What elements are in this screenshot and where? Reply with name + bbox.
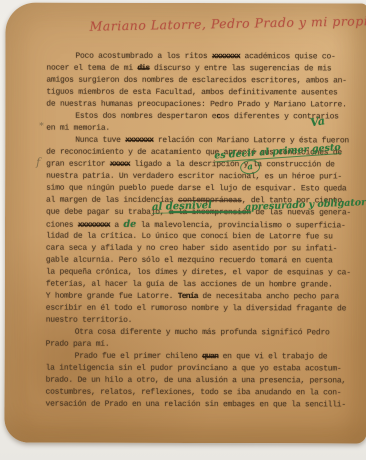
typescript-line: simo que ningún pueblo puede darse el lu… [46, 183, 354, 196]
margin-pencil-mark: f [36, 156, 40, 169]
typescript-line: Otra cosa diferente y mucho más profunda… [46, 327, 354, 340]
typescript-line: nocer el tema de mi dis discurso y entre… [46, 63, 354, 76]
typescript-line: ciones xxxxxxxx a de la malevolencia, pr… [46, 219, 354, 232]
typescript-line: la inteligencia sin el pudor provinciano… [46, 363, 354, 376]
typescript-line: Prado fue el primer chileno quan en que … [46, 351, 354, 364]
typescript-line: amigos surgieron dos nombres de esclarec… [46, 75, 354, 88]
green-annotation-al-desnivel: al desnivel [152, 200, 212, 214]
typescript-line: en mi memoria. [46, 123, 354, 136]
margin-pencil-mark: * [39, 122, 44, 132]
typescript-line: Prado para mí. [46, 339, 354, 352]
typescript-line: Estos dos nombres despertaron ecos difer… [46, 111, 354, 124]
typescript-line: feterías, al hacer la guía de las accion… [46, 279, 354, 292]
typescript-line: versación de Prado en una relación sin e… [46, 399, 354, 412]
typescript-line: cara seca y afilada y no creo haber sido… [46, 243, 354, 256]
typescript-line: Y hombre grande fue Latorre. Tenía de ne… [46, 291, 354, 304]
typescript-line: Poco acostumbrado a los ritos xxxxxxx ac… [46, 51, 354, 64]
typescript-line: de nuestras humanas preocupaciones: Pedr… [46, 99, 354, 112]
manuscript-page: Mariano Latorre, Pedro Prado y mi propia… [4, 3, 366, 444]
handwritten-title: Mariano Latorre, Pedro Prado y mi propia… [89, 13, 357, 33]
typescript-line: brado. De un hilo a otro, de una alusión… [46, 375, 354, 388]
typescript-line: la pequeña crónica, los dimes y diretes,… [46, 267, 354, 280]
typescript-line: costumbres, relatos, reflexiones, todo s… [46, 387, 354, 400]
typescript-line: lidad de la crítica. Lo único que conocí… [46, 231, 354, 244]
typescript-line: nuestra patria. Un verdadero escritor na… [46, 171, 354, 184]
typescript-line: tiguos miembros de esta Facultad, ambos … [46, 87, 354, 100]
typescript-text: Poco acostumbrado a los ritos xxxxxxx ac… [46, 51, 355, 412]
typescript-line: nuestro territorio. [46, 315, 354, 328]
green-annotation-va: Va [309, 114, 326, 129]
typescript-line: gable alcurnia. Pero sólo el mezquino re… [46, 255, 354, 268]
typescript-line: escribir en él todo el rumoroso nombre y… [46, 303, 354, 316]
typescript-line: gran escritor xxxxx ligado a la descripc… [46, 159, 354, 172]
